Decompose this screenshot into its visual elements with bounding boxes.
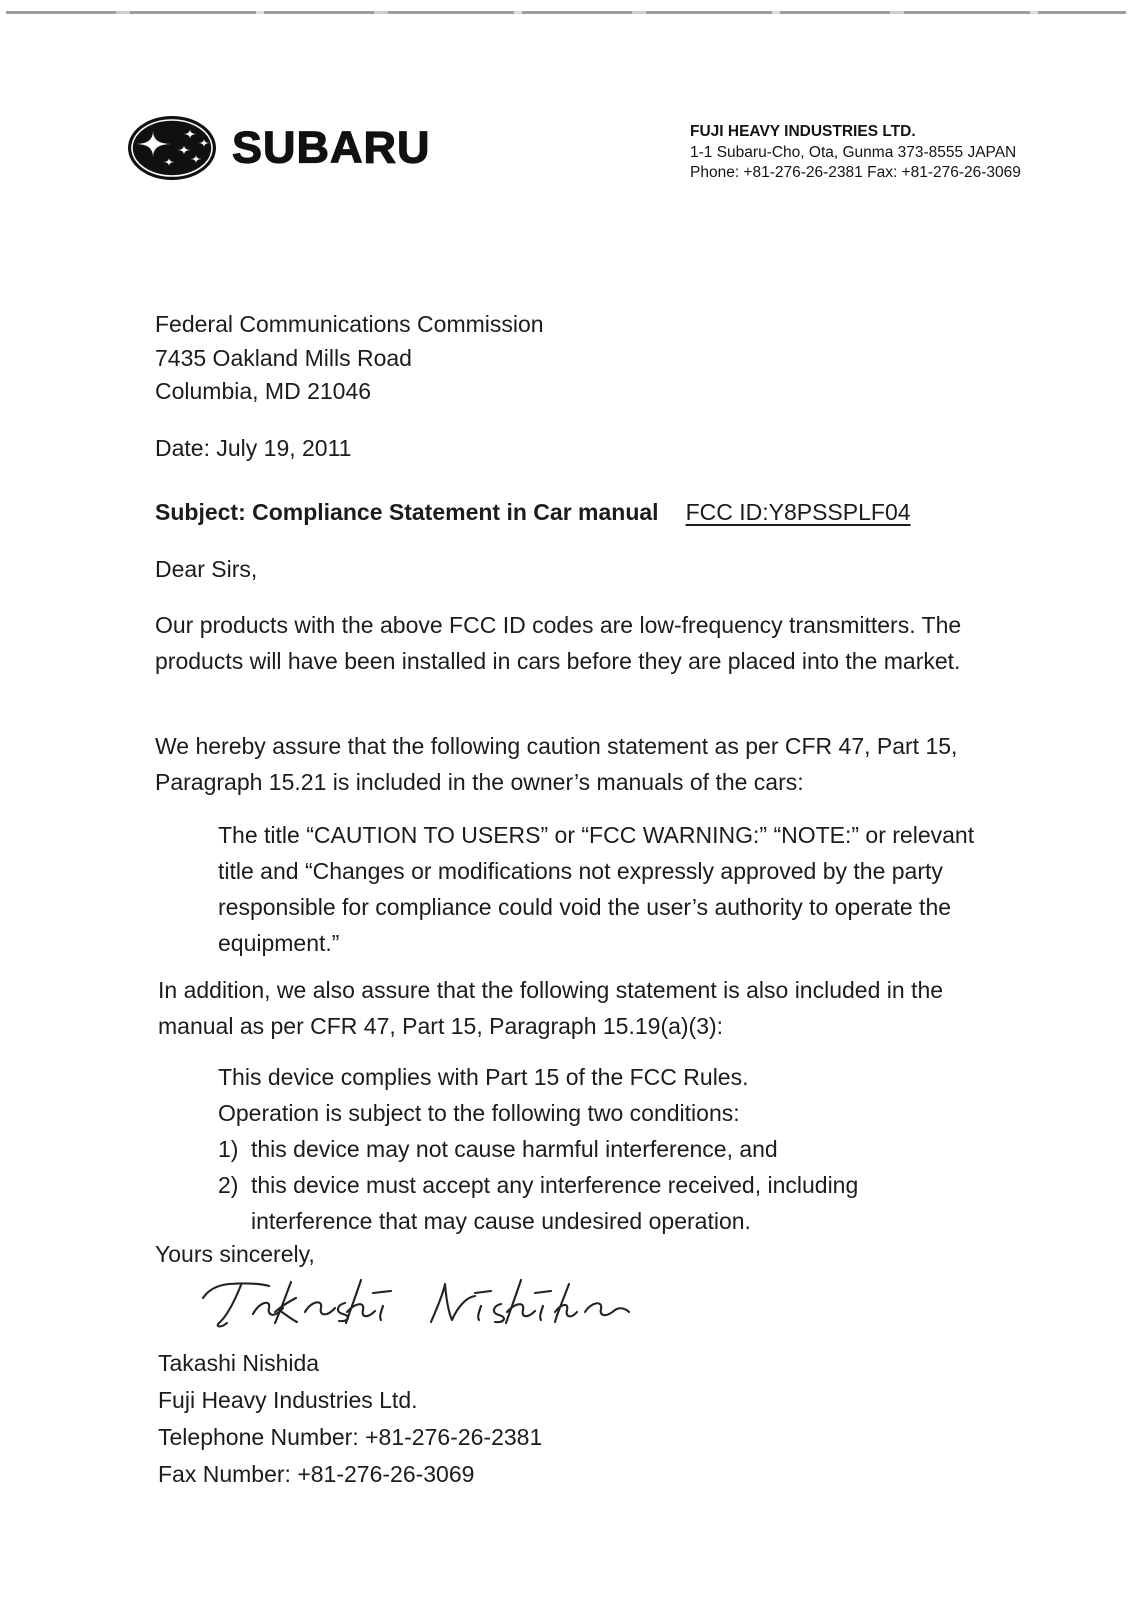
caution-quote-paragraph: The title “CAUTION TO USERS” or “FCC WAR… (218, 817, 980, 961)
condition-item-2: 2) this device must accept any interfere… (218, 1167, 960, 1239)
subject-title: Subject: Compliance Statement in Car man… (155, 494, 659, 530)
body-paragraph-1: Our products with the above FCC ID codes… (155, 607, 967, 679)
condition-number: 1) (218, 1131, 251, 1167)
recipient-line: Columbia, MD 21046 (155, 375, 544, 409)
subaru-wordmark: SUBARU (232, 123, 431, 174)
statement-line: This device complies with Part 15 of the… (218, 1059, 960, 1095)
letter-page: SUBARU FUJI HEAVY INDUSTRIES LTD. 1-1 Su… (0, 0, 1132, 1600)
condition-text: this device may not cause harmful interf… (251, 1131, 960, 1167)
signature-icon (193, 1256, 633, 1344)
subaru-logo-icon (126, 114, 218, 182)
company-address: 1-1 Subaru-Cho, Ota, Gunma 373-8555 JAPA… (690, 143, 1021, 164)
date-line: Date: July 19, 2011 (155, 430, 351, 466)
company-info: FUJI HEAVY INDUSTRIES LTD. 1-1 Subaru-Ch… (690, 122, 1021, 184)
condition-item-1: 1) this device may not cause harmful int… (218, 1131, 960, 1167)
letterhead: SUBARU (126, 114, 431, 182)
scan-artifact-line (6, 11, 1126, 14)
handwritten-signature: Takashi Nishida (193, 1256, 633, 1344)
body-paragraph-2: We hereby assure that the following caut… (155, 728, 973, 800)
salutation: Dear Sirs, (155, 551, 257, 587)
signer-telephone: Telephone Number: +81-276-26-2381 (158, 1419, 542, 1456)
company-phone-fax: Phone: +81-276-26-2381 Fax: +81-276-26-3… (690, 163, 1021, 184)
condition-text: this device must accept any interference… (251, 1167, 960, 1239)
subject-line: Subject: Compliance Statement in Car man… (155, 494, 911, 530)
recipient-line: Federal Communications Commission (155, 308, 544, 342)
signer-company: Fuji Heavy Industries Ltd. (158, 1382, 542, 1419)
signer-fax: Fax Number: +81-276-26-3069 (158, 1456, 542, 1493)
signer-name: Takashi Nishida (158, 1345, 542, 1382)
subject-fcc-id: FCC ID:Y8PSSPLF04 (686, 494, 911, 530)
signer-block: Takashi Nishida Fuji Heavy Industries Lt… (158, 1345, 542, 1493)
body-paragraph-3: In addition, we also assure that the fol… (158, 972, 986, 1044)
condition-number: 2) (218, 1167, 251, 1239)
statement-line: Operation is subject to the following tw… (218, 1095, 960, 1131)
company-name: FUJI HEAVY INDUSTRIES LTD. (690, 122, 1021, 143)
recipient-address: Federal Communications Commission 7435 O… (155, 308, 544, 409)
recipient-line: 7435 Oakland Mills Road (155, 342, 544, 376)
compliance-statement: This device complies with Part 15 of the… (218, 1059, 960, 1239)
